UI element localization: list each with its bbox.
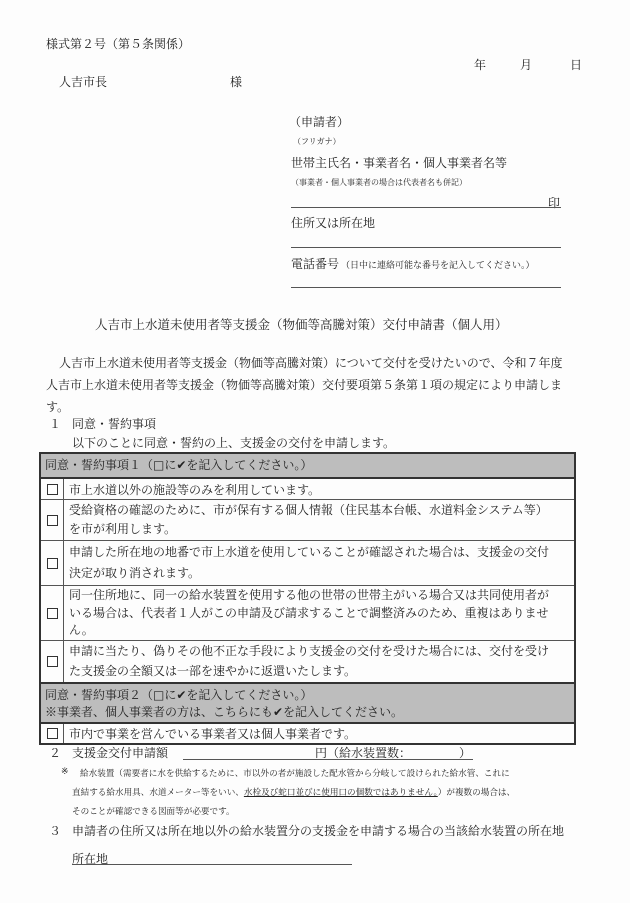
- consent-checkbox-1[interactable]: [41, 479, 64, 499]
- consent-text: 申請した所在地の地番で市上水道を使用していることが確認された場合は、支援金の交付: [69, 542, 569, 563]
- phone-note: （日中に連絡可能な番号を記入してください。）: [341, 258, 535, 271]
- form-number: 様式第２号（第５条関係）: [46, 35, 190, 52]
- section1-lead: 以下のことに同意・誓約の上、支援金の交付を申請します。: [72, 434, 395, 451]
- address-field-line[interactable]: [291, 247, 561, 248]
- phone-field-line[interactable]: [291, 287, 561, 288]
- group2-header-line-1: 同意・誓約事項２（□に✔を記入してください。）: [45, 687, 570, 704]
- seal-mark: 印: [548, 194, 560, 211]
- checkbox-icon: [47, 558, 58, 569]
- furigana-label: （フリガナ）: [293, 136, 341, 147]
- name-note: （事業者・個人事業者の場合は代表者名も併記）: [291, 177, 467, 188]
- group2-header-line-2: ※事業者、個人事業者の方は、こちらにも✔を記入してください。: [45, 704, 570, 721]
- phone-label: 電話番号: [291, 255, 339, 272]
- location-field-line[interactable]: [72, 864, 352, 865]
- section2-number: ２: [49, 744, 61, 761]
- consent-group2-header: 同意・誓約事項２（□に✔を記入してください。） ※事業者、個人事業者の方は、こち…: [41, 682, 574, 722]
- date-year-label: 年: [474, 56, 486, 73]
- intro-line-1: 人吉市上水道未使用者等支援金（物価等高騰対策）について交付を受けたいので、令和７…: [59, 354, 563, 371]
- consent-row: 申請した所在地の地番で市上水道を使用していることが確認された場合は、支援金の交付…: [41, 540, 574, 585]
- section3-label: 申請者の住所又は所在地以外の給水装置分の支援金を申請する場合の当該給水装置の所在…: [72, 822, 564, 839]
- yen-device-count-label: 円（給水装置数：: [315, 744, 411, 761]
- intro-line-3: す。: [46, 398, 69, 415]
- checkbox-icon: [47, 515, 58, 526]
- note-line-3: そのことが確認できる図面等が必要です。: [72, 805, 235, 817]
- consent-text: ん。: [69, 622, 569, 640]
- consent-text: 受給資格の確認のために、市が保有する個人情報（住民基本台帳、水道料金システム等）: [69, 501, 569, 520]
- section1-title: 同意・誓約事項: [72, 415, 156, 432]
- consent-row: 市上水道以外の施設等のみを利用しています。: [41, 477, 574, 499]
- checkbox-icon: [47, 728, 58, 739]
- consent-checkbox-6[interactable]: [41, 724, 64, 743]
- consent-text: いる場合は、代表者１人がこの申請及び請求することで調整済みのため、重複はありませ: [69, 605, 569, 623]
- honorific: 様: [230, 73, 242, 90]
- address-label: 住所又は所在地: [291, 214, 375, 231]
- consent-checkbox-4[interactable]: [41, 586, 64, 640]
- consent-checkbox-5[interactable]: [41, 641, 64, 682]
- consent-row: 同一住所地に、同一の給水装置を使用する他の世帯の世帯主がいる場合又は共同使用者が…: [41, 585, 574, 640]
- consent-checkbox-3[interactable]: [41, 541, 64, 585]
- consent-text: た支援金の全額又は一部を速やかに返還いたします。: [69, 662, 569, 682]
- applicant-heading: （申請者）: [289, 113, 349, 130]
- checkbox-icon: [47, 656, 58, 667]
- section3-number: ３: [49, 822, 61, 839]
- consent-row: 申請に当たり、偽りその他不正な手段により支援金の交付を受けた場合には、交付を受け…: [41, 640, 574, 682]
- note-line-1: 給水装置（需要者に水を供給するために、市以外の者が施設した配水管から分岐して設け…: [80, 767, 510, 779]
- consent-text: を市が利用します。: [69, 520, 569, 539]
- date-month-label: 月: [520, 56, 532, 73]
- checkbox-icon: [47, 608, 58, 619]
- consent-group1-header: 同意・誓約事項１（□に✔を記入してください。）: [41, 454, 574, 477]
- consent-text: 市上水道以外の施設等のみを利用しています。: [69, 480, 569, 501]
- device-count-close: ）: [459, 744, 471, 761]
- consent-text: 同一住所地に、同一の給水装置を使用する他の世帯の世帯主がいる場合又は共同使用者が: [69, 587, 569, 605]
- note-line-2: 直結する給水用具、水道メーター等をいい、水栓及び蛇口並びに使用口の個数ではありま…: [72, 786, 515, 798]
- section1-number: １: [49, 415, 61, 432]
- name-field-line[interactable]: [291, 207, 561, 208]
- date-day-label: 日: [570, 56, 582, 73]
- name-label: 世帯主氏名・事業者名・個人事業者名等: [291, 154, 507, 171]
- note-underlined-text: 水栓及び蛇口並びに使用口の個数ではありません。: [244, 788, 438, 798]
- document-title: 人吉市上水道未使用者等支援金（物価等高騰対策）交付申請書（個人用）: [95, 315, 508, 333]
- consent-text: 市内で事業を営んでいる事業者又は個人事業者です。: [69, 725, 569, 743]
- consent-checkbox-2[interactable]: [41, 500, 64, 540]
- note-mark: ※: [61, 767, 69, 777]
- addressee: 人吉市長: [59, 73, 107, 90]
- checkbox-icon: [47, 484, 58, 495]
- intro-line-2: 人吉市上水道未使用者等支援金（物価等高騰対策）交付要項第５条第１項の規定により申…: [46, 376, 562, 393]
- consent-text: 決定が取り消されます。: [69, 563, 569, 584]
- consent-table: 同意・誓約事項１（□に✔を記入してください。） 市上水道以外の施設等のみを利用し…: [39, 452, 576, 745]
- consent-row: 市内で事業を営んでいる事業者又は個人事業者です。: [41, 722, 574, 743]
- section2-label: 支援金交付申請額: [72, 744, 168, 761]
- consent-row: 受給資格の確認のために、市が保有する個人情報（住民基本台帳、水道料金システム等）…: [41, 499, 574, 540]
- consent-text: 申請に当たり、偽りその他不正な手段により支援金の交付を受けた場合には、交付を受け: [69, 642, 569, 662]
